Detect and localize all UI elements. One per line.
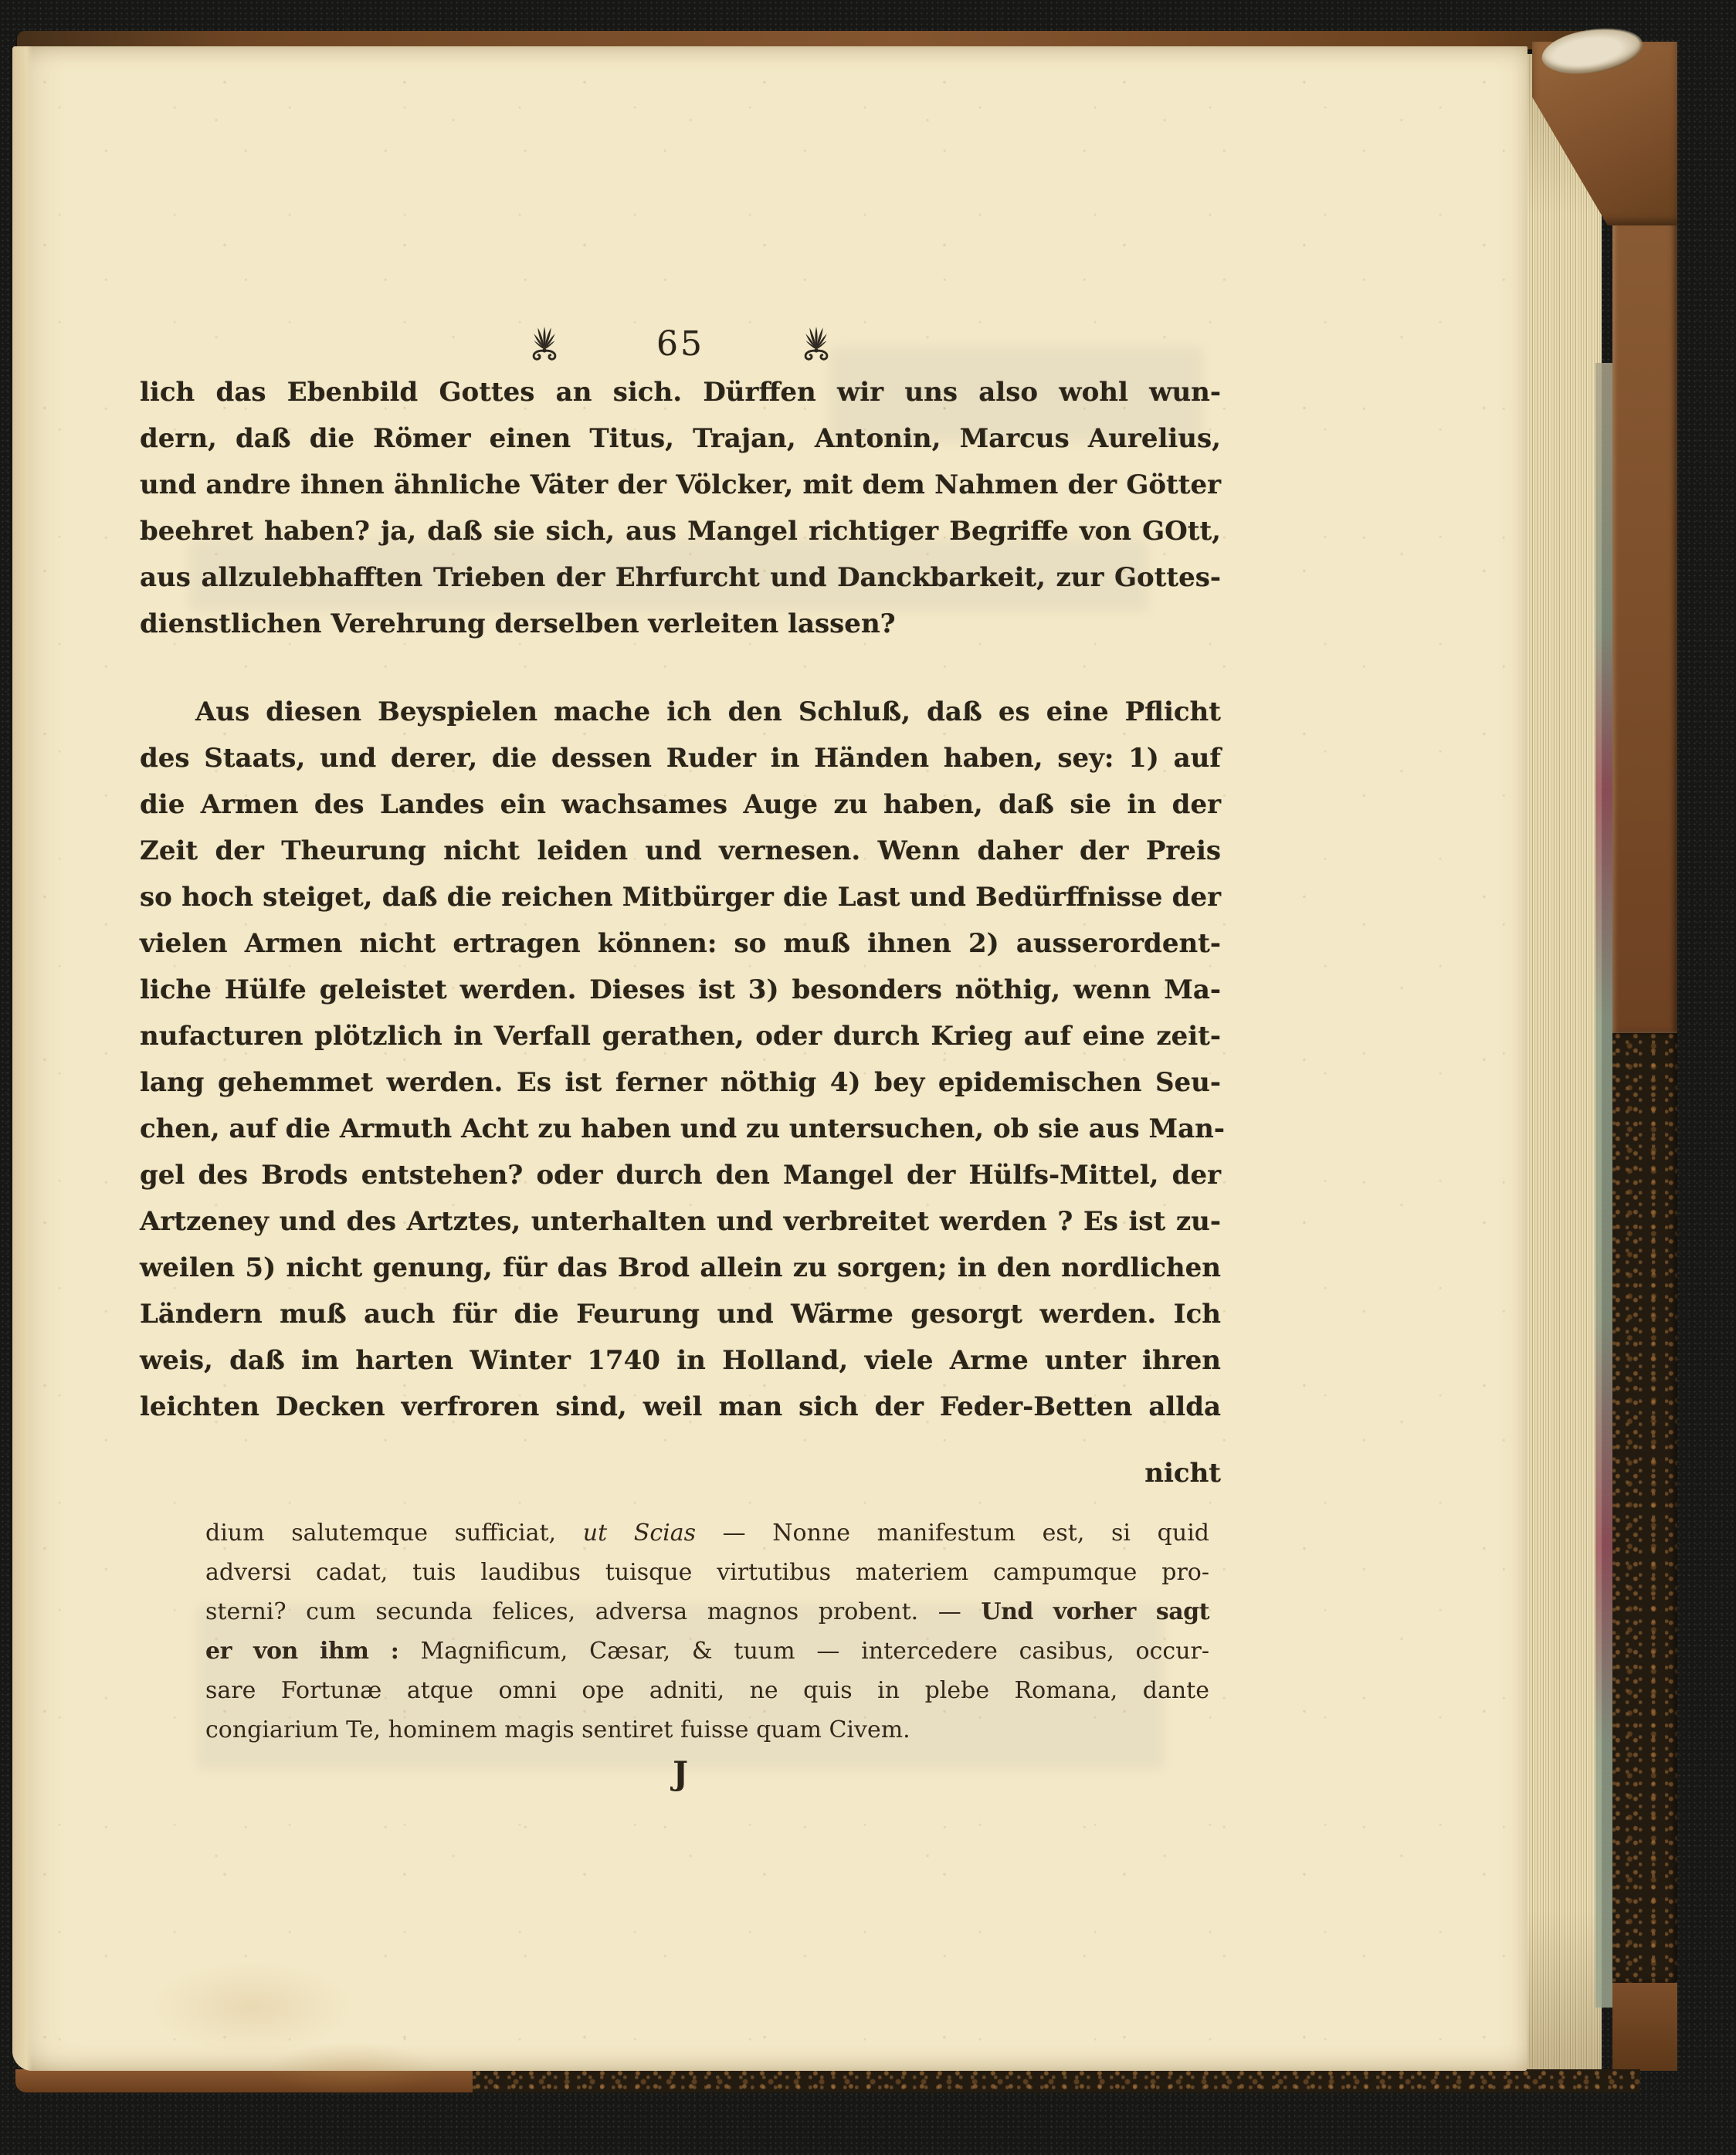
text-line: weis, daß im harten Winter 1740 in Holla…	[140, 1337, 1221, 1384]
footnote-segment-roman: adversi cadat, tuis laudibus tuisque vir…	[205, 1559, 1209, 1586]
marbled-edge-mid-section	[1612, 1033, 1677, 1983]
board-edge-bottom-marbled	[473, 2069, 1640, 2092]
footnote-segment-roman: Magnificum, Cæsar, & tuum — intercedere …	[420, 1638, 1209, 1665]
text-line: liche Hülfe geleistet werden. Dieses ist…	[140, 967, 1221, 1013]
footnote-segment-roman: dium salutemque sufficiat,	[205, 1520, 583, 1547]
palmette-ornament-right-icon	[795, 324, 837, 363]
text-line: dern, daß die Römer einen Titus, Trajan,…	[140, 415, 1221, 462]
footnote-line: er von ihm : Magnificum, Cæsar, & tuum —…	[205, 1631, 1209, 1671]
running-head: 65	[140, 317, 1221, 371]
text-line: chen, auf die Armuth Acht zu haben und z…	[140, 1106, 1221, 1152]
text-line: lang gehemmet werden. Es ist ferner nöth…	[140, 1059, 1221, 1106]
footnote-block: dium salutemque sufficiat, ut Scias — No…	[205, 1513, 1209, 1750]
text-line: Artzeney und des Artztes, unterhalten un…	[140, 1198, 1221, 1245]
text-line: vielen Armen nicht ertragen können: so m…	[140, 920, 1221, 967]
footnote-segment-fraktur: er von ihm :	[205, 1638, 420, 1665]
text-line: weilen 5) nicht genung, für das Brod all…	[140, 1245, 1221, 1291]
footnote-segment-italic: ut Scias	[583, 1520, 696, 1547]
text-line: Ländern muß auch für die Feurung und Wär…	[140, 1291, 1221, 1337]
page-number: 65	[656, 324, 704, 364]
text-line: lich das Ebenbild Gottes an sich. Dürffe…	[140, 369, 1221, 415]
footnote-line: sare Fortunæ atque omni ope adniti, ne q…	[205, 1671, 1209, 1710]
text-line: leichten Decken verfroren sind, weil man…	[140, 1384, 1221, 1430]
text-line: gel des Brods entstehen? oder durch den …	[140, 1152, 1221, 1198]
board-edge-bottom-leather	[15, 2069, 479, 2092]
leather-edge-bottom-section	[1612, 1983, 1677, 2071]
text-line: aus allzulebhafften Trieben der Ehrfurch…	[140, 554, 1221, 601]
text-line: beehret haben? ja, daß sie sich, aus Man…	[140, 508, 1221, 554]
footnote-segment-roman: congiarium Te, hominem magis sentiret fu…	[205, 1716, 910, 1743]
text-line: nufacturen plötzlich in Verfall gerathen…	[140, 1013, 1221, 1059]
text-line: Aus diesen Beyspielen mache ich den Schl…	[140, 689, 1221, 735]
text-line: des Staats, und derer, die dessen Ruder …	[140, 735, 1221, 781]
footnote-segment-roman: — Nonne manifestum est, si quid	[696, 1520, 1209, 1547]
footnote-segment-fraktur: Und vorher sagt	[981, 1598, 1209, 1625]
text-line: und andre ihnen ähnliche Väter der Völck…	[140, 462, 1221, 508]
photograph-of-open-book: 65	[0, 0, 1736, 2155]
body-text: lich das Ebenbild Gottes an sich. Dürffe…	[140, 369, 1221, 1430]
text-line: so hoch steiget, daß die reichen Mitbürg…	[140, 874, 1221, 920]
signature-mark: J	[140, 1754, 1221, 1792]
footnote-line: dium salutemque sufficiat, ut Scias — No…	[205, 1513, 1209, 1553]
fore-edge-tint-strip	[1595, 363, 1612, 2008]
footnote-line: adversi cadat, tuis laudibus tuisque vir…	[205, 1553, 1209, 1592]
footnote-segment-roman: sare Fortunæ atque omni ope adniti, ne q…	[205, 1677, 1209, 1704]
catchword: nicht	[140, 1450, 1221, 1496]
board-edge-right	[1612, 45, 1677, 2071]
paper-page: 65	[12, 46, 1527, 2071]
text-line: dienstlichen Verehrung derselben verleit…	[140, 601, 1221, 647]
text-line: die Armen des Landes ein wachsames Auge …	[140, 781, 1221, 828]
text-line: Zeit der Theurung nicht leiden und verne…	[140, 828, 1221, 874]
footnote-segment-roman: sterni? cum secunda felices, adversa mag…	[205, 1598, 981, 1625]
paper-stain	[151, 1961, 352, 2054]
gutter-edge	[12, 46, 32, 2071]
footnote-line: sterni? cum secunda felices, adversa mag…	[205, 1592, 1209, 1631]
palmette-ornament-left-icon	[524, 324, 565, 363]
fore-edge-page-stack	[1527, 54, 1602, 2071]
footnote-line: congiarium Te, hominem magis sentiret fu…	[205, 1710, 1209, 1750]
